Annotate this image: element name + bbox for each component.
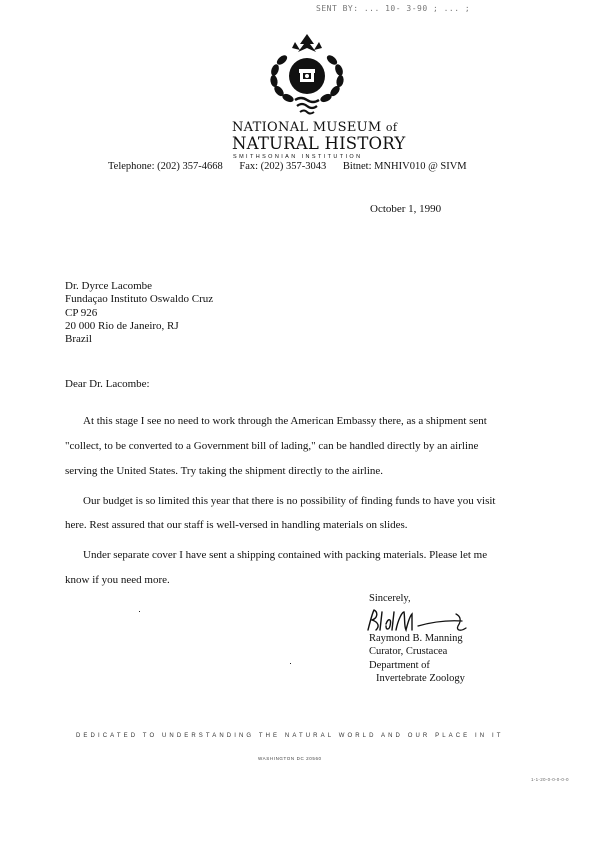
footer-form-code: 1-1-20-0-0-0-0-0: [531, 777, 569, 782]
paragraph-line: Under separate cover I have sent a shipp…: [83, 543, 487, 568]
paragraph-line: here. Rest assured that our staff is wel…: [65, 513, 408, 538]
recipient-city: 20 000 Rio de Janeiro, RJ: [65, 320, 213, 333]
telephone-number: Telephone: (202) 357-4668: [108, 161, 223, 172]
recipient-country: Brazil: [65, 333, 213, 346]
institution-name: SMITHSONIAN INSTITUTION: [233, 154, 362, 160]
letter-date: October 1, 1990: [370, 203, 441, 215]
footer-motto: DEDICATED TO UNDERSTANDING THE NATURAL W…: [76, 733, 504, 739]
signatory-department: Department of: [369, 659, 465, 672]
signatory-title: Curator, Crustacea: [369, 645, 465, 658]
fax-transmission-header: SENT BY: ... 10- 3-90 ; ... ;: [316, 4, 470, 13]
paragraph-line: Our budget is so limited this year that …: [83, 489, 495, 514]
bitnet-address: Bitnet: MNHIV010 @ SIVM: [343, 161, 467, 172]
museum-name-line2: NATURAL HISTORY: [232, 134, 405, 153]
paragraph-line: know if you need more.: [65, 568, 170, 593]
scan-speck: [139, 611, 140, 612]
scan-speck: [290, 663, 291, 664]
fax-number: Fax: (202) 357-3043: [239, 161, 326, 172]
museum-name-of: of: [386, 121, 397, 134]
recipient-address: Dr. Dyrce Lacombe Fundaçao Instituto Osw…: [65, 280, 213, 346]
paragraph-line: "collect, to be converted to a Governmen…: [65, 434, 478, 459]
museum-name-line1: NATIONAL MUSEUM of: [232, 120, 397, 135]
paragraph-line: serving the United States. Try taking th…: [65, 459, 383, 484]
signatory-division: Invertebrate Zoology: [369, 672, 465, 685]
closing: Sincerely,: [369, 593, 411, 604]
smithsonian-sunburst-icon: [262, 32, 352, 116]
signatory-block: Raymond B. Manning Curator, Crustacea De…: [369, 632, 465, 686]
recipient-name: Dr. Dyrce Lacombe: [65, 280, 213, 293]
museum-name-national: NATIONAL MUSEUM: [232, 120, 381, 135]
paragraph-line: At this stage I see no need to work thro…: [83, 409, 487, 434]
recipient-institution: Fundaçao Instituto Oswaldo Cruz: [65, 293, 213, 306]
salutation: Dear Dr. Lacombe:: [65, 378, 150, 390]
signatory-name: Raymond B. Manning: [369, 632, 465, 645]
recipient-po-box: CP 926: [65, 307, 213, 320]
contact-line: Telephone: (202) 357-4668 Fax: (202) 357…: [108, 161, 467, 172]
footer-city: WASHINGTON DC 20560: [258, 756, 322, 761]
